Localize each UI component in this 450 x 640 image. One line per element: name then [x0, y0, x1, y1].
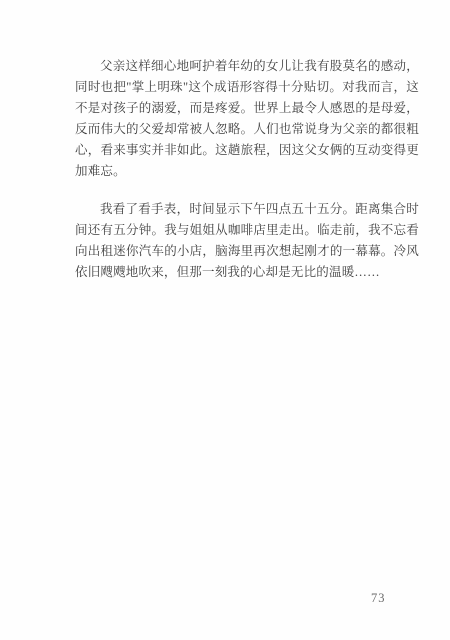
page-number: 73: [371, 590, 386, 606]
text-block: 父亲这样细心地呵护着年幼的女儿让我有股莫名的感动，同时也把"掌上明珠"这个成语形…: [75, 56, 419, 283]
paragraph-2: 我看了看手表，时间显示下午四点五十五分。距离集合时间还有五分钟。我与姐姐从咖啡店…: [75, 199, 419, 283]
document-page: 父亲这样细心地呵护着年幼的女儿让我有股莫名的感动，同时也把"掌上明珠"这个成语形…: [0, 0, 450, 640]
paragraph-1: 父亲这样细心地呵护着年幼的女儿让我有股莫名的感动，同时也把"掌上明珠"这个成语形…: [75, 56, 419, 182]
